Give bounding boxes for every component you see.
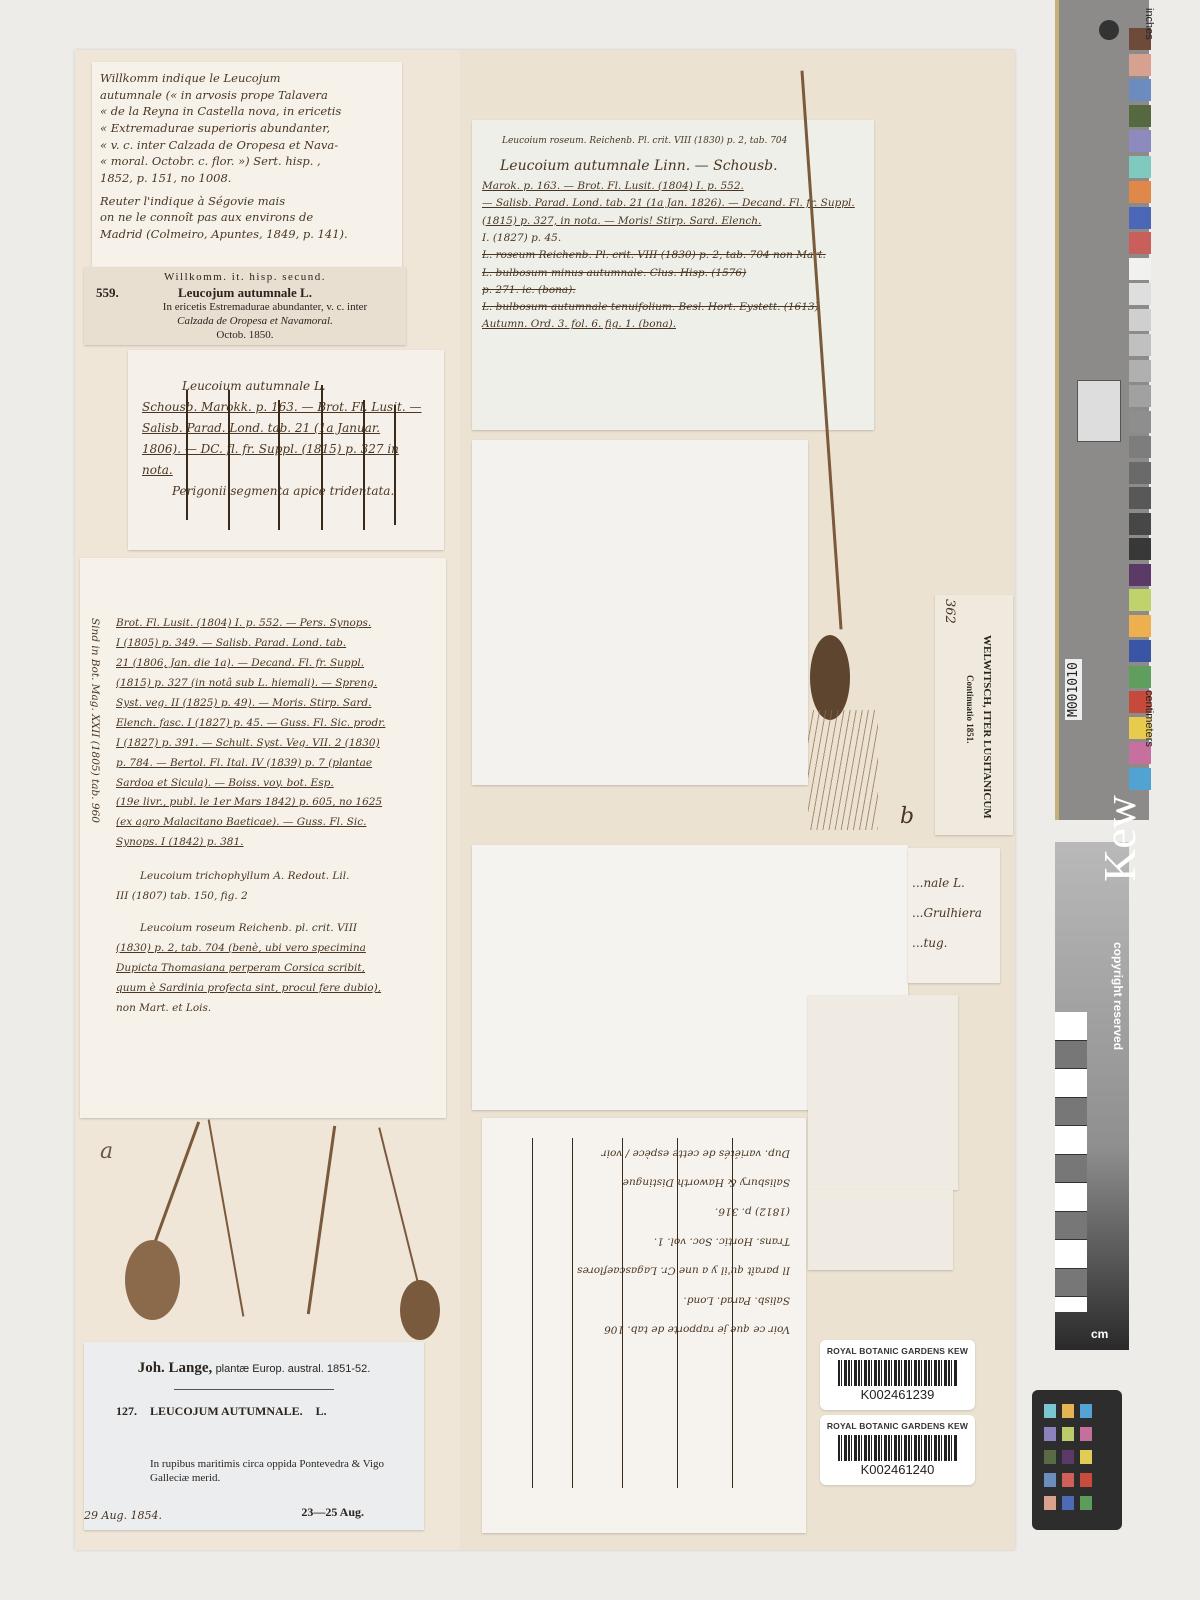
note-line: « Extremadurae superioris abundanter, (100, 120, 394, 137)
willkomm-printed-label: 559. Willkomm. it. hisp. secund. Leucoju… (84, 267, 406, 345)
color-swatch (1129, 589, 1151, 611)
underlying-label (808, 995, 958, 1190)
taxon-author: L. (316, 1404, 327, 1418)
note-line: Sardoa et Sicula). — Boiss. voy. bot. Es… (116, 774, 438, 794)
note-line: on ne le connoît pas aux environs de (100, 209, 394, 226)
color-swatch (1129, 232, 1151, 254)
note-line: Brot. Fl. Lusit. (1804) I. p. 552. — Per… (116, 614, 438, 634)
collector: Joh. Lange, (138, 1360, 213, 1376)
note-line: Madrid (Colmeiro, Apuntes, 1849, p. 141)… (100, 226, 394, 243)
note-line: Autumn. Ord. 3. fol. 6. fig. 1. (bona). (482, 316, 864, 333)
institution-name: ROYAL BOTANIC GARDENS KEW (820, 1421, 975, 1431)
note-line: non Mart. et Lois. (116, 999, 438, 1019)
note-line: ...Grulhiera (912, 898, 996, 928)
color-swatch (1129, 513, 1151, 535)
note-line: (1815) p. 327 (in notâ sub L. hiemali). … (116, 674, 438, 694)
locality: In ericetis Estremadurae abundanter, v. … (84, 301, 406, 315)
color-swatch (1129, 156, 1151, 178)
note-line: Marok. p. 163. — Brot. Fl. Lusit. (1804)… (482, 178, 864, 195)
kew-scale-ruler: Kew copyright reserved cm (1055, 842, 1129, 1350)
note-line: Willkomm indique le Leucojum (100, 70, 394, 87)
color-swatch (1129, 666, 1151, 688)
barcode-number: K002461239 (820, 1387, 975, 1402)
note-line: ...nale L. (912, 868, 996, 898)
color-swatch (1129, 385, 1151, 407)
locality: Galleciæ merid. (150, 1471, 424, 1485)
lange-printed-label: Joh. Lange, plantæ Europ. austral. 1851-… (84, 1342, 424, 1530)
note-line: « v. c. inter Calzada de Oropesa et Nava… (100, 137, 394, 154)
note-line: I (1827) p. 391. — Schult. Syst. Veg. VI… (116, 734, 438, 754)
barcode-label-2: ROYAL BOTANIC GARDENS KEW K002461240 (820, 1415, 975, 1485)
welwitsch-title: WELWITSCH, ITER LUSITANICUM (981, 635, 993, 819)
color-chip (1044, 1427, 1056, 1441)
barcode-label-1: ROYAL BOTANIC GARDENS KEW K002461239 (820, 1340, 975, 1410)
grey-target (1077, 380, 1121, 442)
color-chip (1080, 1473, 1092, 1487)
kew-logo: Kew (1093, 795, 1146, 882)
institution-name: ROYAL BOTANIC GARDENS KEW (820, 1346, 975, 1356)
note-line: Syst. veg. II (1825) p. 49). — Moris. St… (116, 694, 438, 714)
upside-down-note: Voir ce que je rapporte de tab. 106 Sali… (482, 1118, 806, 1533)
note-line: ...tug. (912, 928, 996, 958)
side-annotation: Sind in Bot. Mag. XXII (1805) tab. 960 (88, 618, 108, 948)
note-line: Leucoium trichophyllum A. Redout. Lil. (116, 867, 438, 887)
note-line: L. roseum Reichenb. Pl. crit. VIII (1830… (482, 247, 864, 264)
cm-label: cm (1091, 1327, 1108, 1341)
scale-blocks (1055, 1012, 1087, 1312)
color-chip (1080, 1496, 1092, 1510)
note-line: p. 784. — Bertol. Fl. Ital. IV (1839) p.… (116, 754, 438, 774)
color-chip (1080, 1427, 1092, 1441)
color-swatch (1129, 768, 1151, 790)
color-chip (1044, 1496, 1056, 1510)
handwritten-date: 29 Aug. 1854. (84, 1507, 162, 1524)
barcode-number: K002461240 (820, 1462, 975, 1477)
note-line: Dup. variétés de cette espèce / voir (498, 1138, 790, 1167)
note-line: Elench. fasc. I (1827) p. 45. — Guss. Fl… (116, 714, 438, 734)
color-swatch (1129, 258, 1151, 280)
roots (808, 710, 878, 830)
color-swatch (1129, 309, 1151, 331)
color-swatch (1129, 615, 1151, 637)
note-line: — Salisb. Parad. Lond. tab. 21 (1a Jan. … (482, 195, 864, 212)
note-line: Leucoium roseum Reichenb. pl. crit. VIII (116, 919, 438, 939)
note-line: I. (1827) p. 45. (482, 230, 864, 247)
note-line: 1852, p. 151, no 1008. (100, 170, 394, 187)
bibliographic-references-note: Sind in Bot. Mag. XXII (1805) tab. 960 B… (80, 558, 446, 1118)
color-swatch (1129, 487, 1151, 509)
note-line: « moral. Octobr. c. flor. ») Sert. hisp.… (100, 153, 394, 170)
note-line: (1815) p. 327, in nota. — Moris! Stirp. … (482, 213, 864, 230)
collection-date: 23—25 Aug. (301, 1505, 364, 1520)
sheet-mark-a: a (100, 1135, 113, 1169)
note-line: quum è Sardinia profecta sint, procul fe… (116, 979, 438, 999)
color-chip (1080, 1404, 1092, 1418)
color-swatch (1129, 462, 1151, 484)
willkomm-handwritten-note: Willkomm indique le Leucojum autumnale (… (92, 62, 402, 267)
copyright-notice: copyright reserved (1111, 942, 1125, 1050)
schousboe-note: Leucoium autumnale L. Schousb. Marokk. p… (128, 350, 444, 550)
note-line: Synops. I (1842) p. 381. (116, 833, 438, 853)
locality: Calzada de Oropesa et Navamoral. (84, 315, 406, 329)
locality: In rupibus maritimis circa oppida Pontev… (150, 1457, 424, 1471)
color-chip (1044, 1473, 1056, 1487)
color-swatch (1129, 181, 1151, 203)
note-line: Dupicta Thomasiana perperam Corsica scri… (116, 959, 438, 979)
note-line: L. bulbosum minus autumnale. Clus. Hisp.… (482, 265, 864, 282)
color-swatch (1129, 436, 1151, 458)
note-line: I (1805) p. 349. — Salisb. Parad. Lond. … (116, 634, 438, 654)
color-chip (1080, 1450, 1092, 1464)
underlying-label-2 (808, 1190, 953, 1270)
color-chip (1062, 1450, 1074, 1464)
color-chip (1062, 1496, 1074, 1510)
welwitsch-label: 362 WELWITSCH, ITER LUSITANICUM Continua… (935, 595, 1013, 835)
welwitsch-number: 362 (939, 599, 959, 624)
color-swatch (1129, 334, 1151, 356)
color-swatch (1129, 105, 1151, 127)
note-line: 21 (1806, Jan. die 1a). — Decand. Fl. fr… (116, 654, 438, 674)
note-line: (19e livr., publ. le 1er Mars 1842) p. 6… (116, 793, 438, 813)
note-line: Reuter l'indique à Ségovie mais (100, 193, 394, 210)
taxon-name: Leucojum autumnale L. (84, 285, 406, 301)
centimeters-label: centimeters (1143, 690, 1155, 747)
color-swatch (1129, 54, 1151, 76)
collector: Willkomm. it. hisp. secund. (84, 271, 406, 285)
taxon-name: LEUCOJUM AUTUMNALE. (150, 1404, 303, 1418)
note-line: Trans. Hortic. Soc. vol. 1. (498, 1226, 790, 1255)
note-line: Salisb. Parad. Lond. (498, 1285, 790, 1314)
note-line: (1830) p. 2, tab. 704 (benè, ubi vero sp… (116, 939, 438, 959)
color-chip (1044, 1450, 1056, 1464)
barcode-icon (838, 1435, 957, 1461)
note-line: Voir ce que je rapporte de tab. 106 (498, 1314, 790, 1343)
faded-note-blank (472, 440, 808, 785)
reichenbach-note: Leucoium roseum. Reichenb. Pl. crit. VII… (472, 120, 874, 430)
collection-number: 559. (96, 285, 119, 301)
note-line: Salisbury & Haworth Distingue (498, 1167, 790, 1196)
hole-icon (1099, 20, 1119, 40)
color-chip (1044, 1404, 1056, 1418)
color-swatch (1129, 283, 1151, 305)
color-swatch (1129, 564, 1151, 586)
note-line: Il paraît qu'il y a une Cr. Lagascaeflor… (498, 1256, 790, 1285)
color-swatch (1129, 538, 1151, 560)
color-swatch (1129, 640, 1151, 662)
barcode-icon (838, 1360, 957, 1386)
note-line: (ex agro Malacitano Baeticae). — Guss. F… (116, 813, 438, 833)
bulb (400, 1280, 440, 1340)
color-swatch (1129, 207, 1151, 229)
color-swatch (1129, 411, 1151, 433)
color-swatch (1129, 360, 1151, 382)
bulb (810, 635, 850, 720)
partial-right-label: ...nale L. ...Grulhiera ...tug. (908, 848, 1000, 983)
color-chip (1062, 1473, 1074, 1487)
note-line: L. bulbosum autumnale tenuifolium. Besl.… (482, 299, 864, 316)
sheet-mark-b: b (900, 800, 914, 834)
collection-number: 127. (116, 1404, 137, 1418)
color-chip (1062, 1427, 1074, 1441)
colorbar-id: M001010 (1065, 659, 1082, 720)
note-line: (1812) p. 316. (498, 1197, 790, 1226)
note-line: III (1807) tab. 150, fig. 2 (116, 887, 438, 907)
bulb (125, 1240, 180, 1320)
collection-date: Octob. 1850. (84, 329, 406, 343)
collection-name: plantæ Europ. austral. 1851-52. (216, 1363, 371, 1375)
color-calibration-bar: inches M001010 centimeters (1055, 0, 1149, 820)
welwitsch-subtitle: Continuatio 1851. (965, 675, 975, 744)
note-line: autumnale (« in arvosis prope Talavera (100, 87, 394, 104)
note-line: « de la Reyna in Castella nova, in erice… (100, 103, 394, 120)
note-line: p. 271. ic. (bona). (482, 282, 864, 299)
color-checker-card (1032, 1390, 1122, 1530)
color-swatch (1129, 130, 1151, 152)
color-chip (1062, 1404, 1074, 1418)
color-swatch (1129, 79, 1151, 101)
inches-label: inches (1143, 8, 1155, 40)
